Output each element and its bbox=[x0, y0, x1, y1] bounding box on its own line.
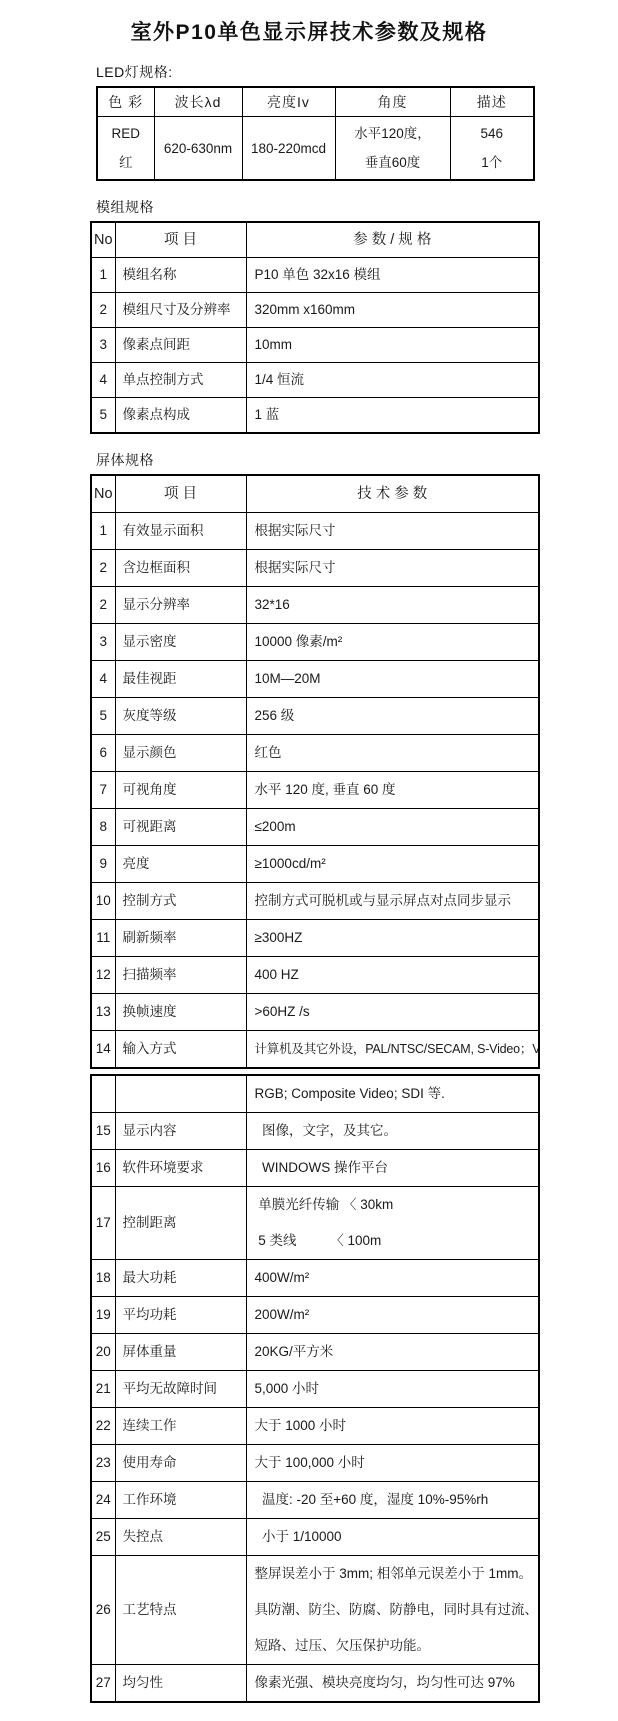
row-number-cell: 9 bbox=[91, 845, 115, 882]
row-number-cell: 3 bbox=[91, 623, 115, 660]
table-row: 2 显示分辨率 32*16 bbox=[91, 586, 539, 623]
row-number-cell: 1 bbox=[91, 512, 115, 549]
row-value-cell: RGB; Composite Video; SDI 等. bbox=[246, 1075, 539, 1113]
module-header-value: 参 数 / 规 格 bbox=[246, 222, 539, 258]
table-row: 5 灰度等级 256 级 bbox=[91, 697, 539, 734]
row-number-cell: 7 bbox=[91, 771, 115, 808]
row-number-cell: 15 bbox=[91, 1112, 115, 1149]
row-number-cell: 20 bbox=[91, 1333, 115, 1370]
row-item-cell: 含边框面积 bbox=[115, 549, 246, 586]
row-value-cell: WINDOWS 操作平台 bbox=[246, 1149, 539, 1186]
led-column-header: 角度 bbox=[335, 87, 450, 117]
row-item-cell: 屏体重量 bbox=[115, 1333, 246, 1370]
row-number-cell: 4 bbox=[91, 363, 115, 398]
row-item-cell: 控制方式 bbox=[115, 882, 246, 919]
row-number-cell: 24 bbox=[91, 1481, 115, 1518]
row-number-cell: 2 bbox=[91, 293, 115, 328]
table-row: 2 含边框面积 根据实际尺寸 bbox=[91, 549, 539, 586]
table-row: 1 模组名称 P10 单色 32x16 模组 bbox=[91, 258, 539, 293]
row-value-cell: 像素光强、模块亮度均匀，均匀性可达 97% bbox=[246, 1664, 539, 1702]
led-table-data-row: RED 红 620-630nm 180-220mcd 水平120度， 垂直60度… bbox=[97, 117, 534, 181]
table-row: 12 扫描频率 400 HZ bbox=[91, 956, 539, 993]
row-item-cell: 平均无故障时间 bbox=[115, 1370, 246, 1407]
table-row: 18 最大功耗 400W/m² bbox=[91, 1259, 539, 1296]
row-value-cell: 320mm x160mm bbox=[246, 293, 539, 328]
row-item-cell: 像素点构成 bbox=[115, 398, 246, 433]
module-spec-table: No 项 目 参 数 / 规 格 1 模组名称 P10 单色 32x16 模组 … bbox=[90, 221, 540, 434]
row-item-cell: 灰度等级 bbox=[115, 697, 246, 734]
row-number-cell: 3 bbox=[91, 328, 115, 363]
row-item-cell: 失控点 bbox=[115, 1518, 246, 1555]
row-value-cell: ≥1000cd/m² bbox=[246, 845, 539, 882]
row-value-cell: 大于 100,000 小时 bbox=[246, 1444, 539, 1481]
table-row: 4 单点控制方式 1/4 恒流 bbox=[91, 363, 539, 398]
row-number-cell: 2 bbox=[91, 549, 115, 586]
row-item-cell: 刷新频率 bbox=[115, 919, 246, 956]
row-value-cell: P10 单色 32x16 模组 bbox=[246, 258, 539, 293]
table-row: 10 控制方式 控制方式可脱机或与显示屏点对点同步显示 bbox=[91, 882, 539, 919]
module-table-body: 1 模组名称 P10 单色 32x16 模组 2 模组尺寸及分辨率 320mm … bbox=[91, 258, 539, 433]
row-item-cell: 输入方式 bbox=[115, 1030, 246, 1068]
row-number-cell: 6 bbox=[91, 734, 115, 771]
table-row: 25 失控点 小于 1/10000 bbox=[91, 1518, 539, 1555]
row-value-cell: ≤200m bbox=[246, 808, 539, 845]
table-row: 26 工艺特点 整屏误差小于 3mm; 相邻单元误差小于 1mm。具防潮、防尘、… bbox=[91, 1555, 539, 1664]
table-row: 3 显示密度 10000 像素/m² bbox=[91, 623, 539, 660]
screen-table-header-row: No 项 目 技 术 参 数 bbox=[91, 475, 539, 513]
table-row: 3 像素点间距 10mm bbox=[91, 328, 539, 363]
row-value-cell: 400 HZ bbox=[246, 956, 539, 993]
row-number-cell: 2 bbox=[91, 586, 115, 623]
row-number-cell: 18 bbox=[91, 1259, 115, 1296]
row-value-cell: 1 蓝 bbox=[246, 398, 539, 433]
row-item-cell bbox=[115, 1075, 246, 1113]
row-number-cell: 4 bbox=[91, 660, 115, 697]
led-description-cell: 546 1个 bbox=[450, 117, 534, 181]
row-number-cell: 13 bbox=[91, 993, 115, 1030]
row-value-cell: 控制方式可脱机或与显示屏点对点同步显示 bbox=[246, 882, 539, 919]
row-value-cell: 计算机及其它外设，PAL/NTSC/SECAM, S-Video；VGA； bbox=[246, 1030, 539, 1068]
row-number-cell: 5 bbox=[91, 398, 115, 433]
table-row: 27 均匀性 像素光强、模块亮度均匀，均匀性可达 97% bbox=[91, 1664, 539, 1702]
row-number-cell: 19 bbox=[91, 1296, 115, 1333]
row-value-cell: 5,000 小时 bbox=[246, 1370, 539, 1407]
screen-header-no: No bbox=[91, 475, 115, 513]
led-column-header: 描述 bbox=[450, 87, 534, 117]
row-value-cell: 10M—20M bbox=[246, 660, 539, 697]
row-value-cell: 10000 像素/m² bbox=[246, 623, 539, 660]
led-color-cell: RED 红 bbox=[97, 117, 154, 181]
row-value-cell: 整屏误差小于 3mm; 相邻单元误差小于 1mm。具防潮、防尘、防腐、防静电，同… bbox=[246, 1555, 539, 1664]
led-wavelength-cell: 620-630nm bbox=[154, 117, 242, 181]
table-row: 20 屏体重量 20KG/平方米 bbox=[91, 1333, 539, 1370]
row-item-cell: 软件环境要求 bbox=[115, 1149, 246, 1186]
row-number-cell: 22 bbox=[91, 1407, 115, 1444]
row-value-cell: 256 级 bbox=[246, 697, 539, 734]
led-column-header: 色 彩 bbox=[97, 87, 154, 117]
screen-header-item: 项 目 bbox=[115, 475, 246, 513]
row-value-cell: 20KG/平方米 bbox=[246, 1333, 539, 1370]
screen-header-value: 技 术 参 数 bbox=[246, 475, 539, 513]
row-number-cell: 5 bbox=[91, 697, 115, 734]
page-title: 室外P10单色显示屏技术参数及规格 bbox=[0, 0, 618, 46]
row-value-cell: 32*16 bbox=[246, 586, 539, 623]
table-row: 1 有效显示面积 根据实际尺寸 bbox=[91, 512, 539, 549]
table-row: 17 控制距离 单膜光纤传输 〈 30km 5 类线 〈 100m bbox=[91, 1186, 539, 1259]
table-row: 24 工作环境 温度: -20 至+60 度，湿度 10%-95%rh bbox=[91, 1481, 539, 1518]
row-value-cell: 水平 120 度, 垂直 60 度 bbox=[246, 771, 539, 808]
row-number-cell: 23 bbox=[91, 1444, 115, 1481]
row-item-cell: 最佳视距 bbox=[115, 660, 246, 697]
row-number-cell: 8 bbox=[91, 808, 115, 845]
row-item-cell: 有效显示面积 bbox=[115, 512, 246, 549]
module-header-no: No bbox=[91, 222, 115, 258]
row-item-cell: 显示内容 bbox=[115, 1112, 246, 1149]
table-row: 6 显示颜色 红色 bbox=[91, 734, 539, 771]
row-item-cell: 模组尺寸及分辨率 bbox=[115, 293, 246, 328]
table-row: 11 刷新频率 ≥300HZ bbox=[91, 919, 539, 956]
row-number-cell: 11 bbox=[91, 919, 115, 956]
row-number-cell: 1 bbox=[91, 258, 115, 293]
row-item-cell: 连续工作 bbox=[115, 1407, 246, 1444]
row-value-cell: 图像，文字，及其它。 bbox=[246, 1112, 539, 1149]
row-item-cell: 使用寿命 bbox=[115, 1444, 246, 1481]
row-value-cell: 200W/m² bbox=[246, 1296, 539, 1333]
row-item-cell: 工作环境 bbox=[115, 1481, 246, 1518]
table-row: 7 可视角度 水平 120 度, 垂直 60 度 bbox=[91, 771, 539, 808]
row-item-cell: 可视角度 bbox=[115, 771, 246, 808]
row-value-cell: ≥300HZ bbox=[246, 919, 539, 956]
row-number-cell: 26 bbox=[91, 1555, 115, 1664]
row-number-cell: 25 bbox=[91, 1518, 115, 1555]
row-number-cell: 17 bbox=[91, 1186, 115, 1259]
led-brightness-cell: 180-220mcd bbox=[242, 117, 335, 181]
table-row: 8 可视距离 ≤200m bbox=[91, 808, 539, 845]
table-row: 9 亮度 ≥1000cd/m² bbox=[91, 845, 539, 882]
row-value-cell: 小于 1/10000 bbox=[246, 1518, 539, 1555]
row-item-cell: 换帧速度 bbox=[115, 993, 246, 1030]
row-item-cell: 显示分辨率 bbox=[115, 586, 246, 623]
module-header-item: 项 目 bbox=[115, 222, 246, 258]
screen-table-body-part1: 1 有效显示面积 根据实际尺寸 2 含边框面积 根据实际尺寸 2 显示分辨率 3… bbox=[91, 512, 539, 1068]
row-item-cell: 工艺特点 bbox=[115, 1555, 246, 1664]
row-value-cell: 温度: -20 至+60 度，湿度 10%-95%rh bbox=[246, 1481, 539, 1518]
row-value-cell: 1/4 恒流 bbox=[246, 363, 539, 398]
row-number-cell: 16 bbox=[91, 1149, 115, 1186]
row-value-cell: 单膜光纤传输 〈 30km 5 类线 〈 100m bbox=[246, 1186, 539, 1259]
row-number-cell bbox=[91, 1075, 115, 1113]
row-number-cell: 27 bbox=[91, 1664, 115, 1702]
table-row: 5 像素点构成 1 蓝 bbox=[91, 398, 539, 433]
table-row: 4 最佳视距 10M—20M bbox=[91, 660, 539, 697]
led-column-header: 亮度Iv bbox=[242, 87, 335, 117]
row-item-cell: 模组名称 bbox=[115, 258, 246, 293]
row-item-cell: 扫描频率 bbox=[115, 956, 246, 993]
row-value-cell: 大于 1000 小时 bbox=[246, 1407, 539, 1444]
row-item-cell: 均匀性 bbox=[115, 1664, 246, 1702]
row-value-cell: 10mm bbox=[246, 328, 539, 363]
led-spec-label: LED灯规格: bbox=[96, 62, 618, 82]
table-row: 2 模组尺寸及分辨率 320mm x160mm bbox=[91, 293, 539, 328]
row-item-cell: 平均功耗 bbox=[115, 1296, 246, 1333]
row-value-cell: 根据实际尺寸 bbox=[246, 549, 539, 586]
table-row: 14 输入方式 计算机及其它外设，PAL/NTSC/SECAM, S-Video… bbox=[91, 1030, 539, 1068]
table-row: 19 平均功耗 200W/m² bbox=[91, 1296, 539, 1333]
row-value-cell: >60HZ /s bbox=[246, 993, 539, 1030]
row-item-cell: 单点控制方式 bbox=[115, 363, 246, 398]
module-spec-label: 模组规格 bbox=[96, 197, 618, 217]
screen-spec-label: 屏体规格 bbox=[96, 450, 618, 470]
row-value-cell: 红色 bbox=[246, 734, 539, 771]
row-number-cell: 21 bbox=[91, 1370, 115, 1407]
table-row: 21 平均无故障时间 5,000 小时 bbox=[91, 1370, 539, 1407]
row-item-cell: 亮度 bbox=[115, 845, 246, 882]
row-item-cell: 最大功耗 bbox=[115, 1259, 246, 1296]
row-item-cell: 可视距离 bbox=[115, 808, 246, 845]
row-item-cell: 显示颜色 bbox=[115, 734, 246, 771]
row-number-cell: 12 bbox=[91, 956, 115, 993]
row-value-cell: 400W/m² bbox=[246, 1259, 539, 1296]
row-item-cell: 显示密度 bbox=[115, 623, 246, 660]
screen-spec-table-part1: No 项 目 技 术 参 数 1 有效显示面积 根据实际尺寸 2 含边框面积 根… bbox=[90, 474, 540, 1069]
led-table-header-row: 色 彩波长λd亮度Iv角度描述 bbox=[97, 87, 534, 117]
screen-table-body-part2: RGB; Composite Video; SDI 等. 15 显示内容 图像，… bbox=[91, 1075, 539, 1702]
row-item-cell: 像素点间距 bbox=[115, 328, 246, 363]
table-row: 16 软件环境要求 WINDOWS 操作平台 bbox=[91, 1149, 539, 1186]
table-row: 22 连续工作 大于 1000 小时 bbox=[91, 1407, 539, 1444]
table-row: RGB; Composite Video; SDI 等. bbox=[91, 1075, 539, 1113]
row-item-cell: 控制距离 bbox=[115, 1186, 246, 1259]
row-number-cell: 10 bbox=[91, 882, 115, 919]
led-column-header: 波长λd bbox=[154, 87, 242, 117]
led-spec-table: 色 彩波长λd亮度Iv角度描述 RED 红 620-630nm 180-220m… bbox=[96, 86, 535, 181]
table-row: 13 换帧速度 >60HZ /s bbox=[91, 993, 539, 1030]
table-row: 15 显示内容 图像，文字，及其它。 bbox=[91, 1112, 539, 1149]
module-table-header-row: No 项 目 参 数 / 规 格 bbox=[91, 222, 539, 258]
screen-spec-table-part2: RGB; Composite Video; SDI 等. 15 显示内容 图像，… bbox=[90, 1074, 540, 1703]
row-value-cell: 根据实际尺寸 bbox=[246, 512, 539, 549]
table-row: 23 使用寿命 大于 100,000 小时 bbox=[91, 1444, 539, 1481]
row-number-cell: 14 bbox=[91, 1030, 115, 1068]
led-angle-cell: 水平120度， 垂直60度 bbox=[335, 117, 450, 181]
bottom-margin bbox=[0, 1703, 618, 1721]
